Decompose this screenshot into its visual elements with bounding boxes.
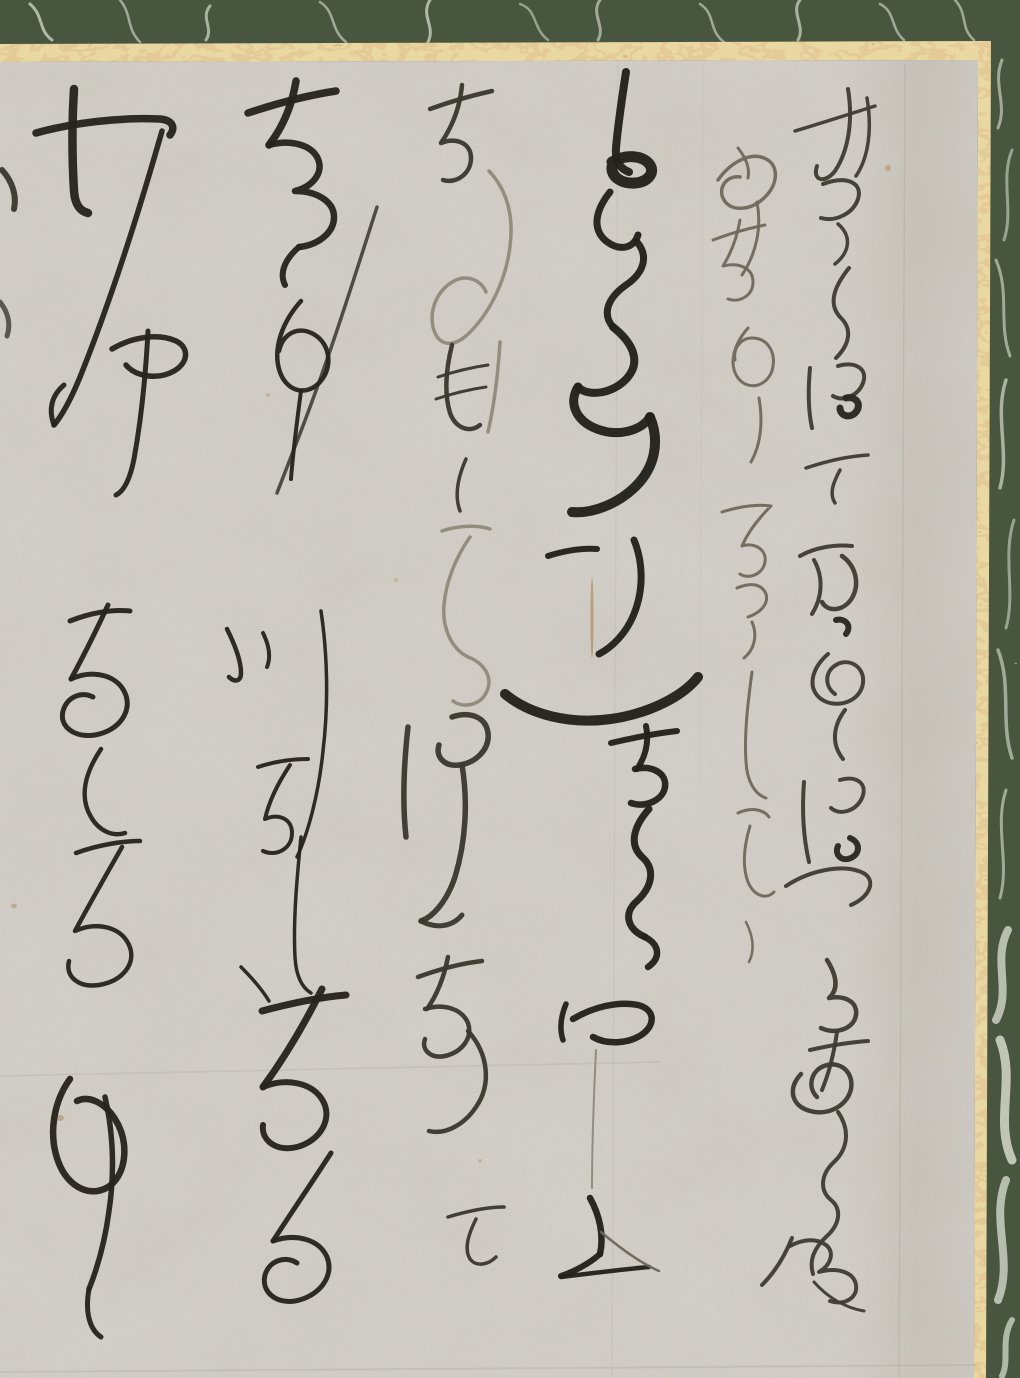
foxing-stain [590, 578, 593, 658]
foxing-stain [266, 393, 271, 397]
foxing-stain [394, 578, 398, 582]
foxing-stain [478, 1159, 482, 1163]
paper-right-shading [845, 60, 978, 1378]
foxing-stain [11, 904, 17, 909]
foxing-stain [885, 165, 891, 171]
manuscript-photo [0, 0, 1020, 1378]
manuscript-canvas [0, 0, 1020, 1378]
